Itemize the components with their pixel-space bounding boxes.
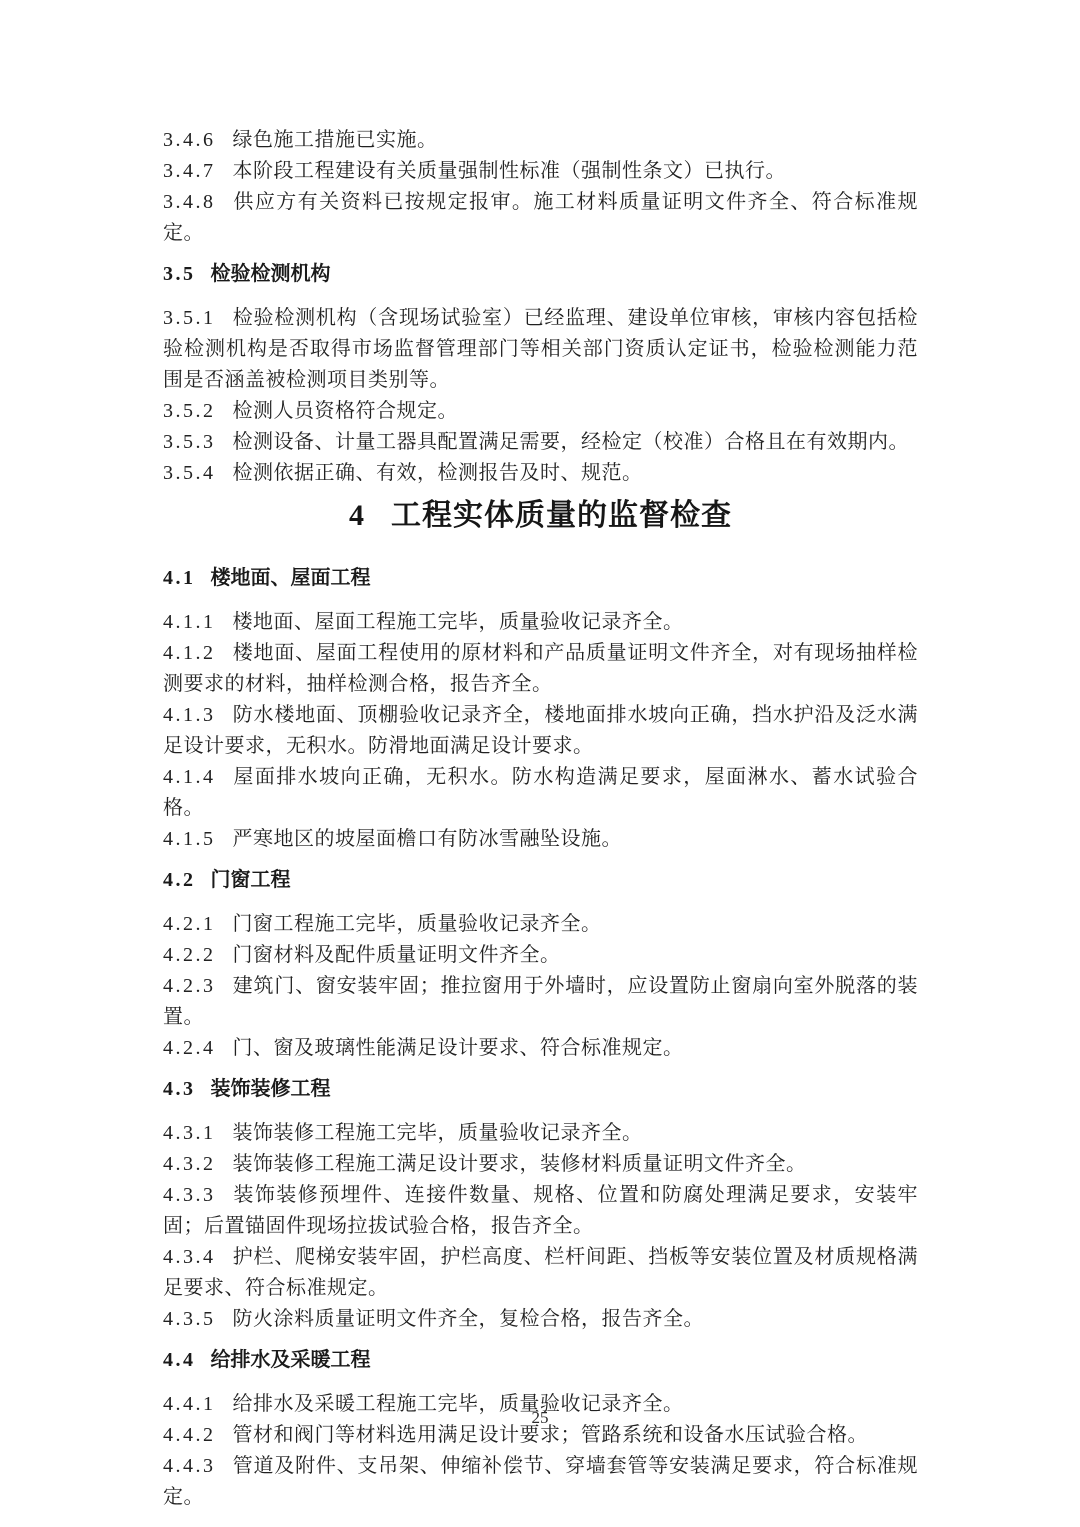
clause-number: 4.2.1: [163, 913, 216, 935]
section-heading-4-4: 4.4给排水及采暖工程: [163, 1343, 918, 1377]
clause-text: 检测设备、计量工器具配置满足需要，经检定（校准）合格且在有效期内。: [233, 431, 910, 453]
section-number: 4.3: [163, 1078, 196, 1100]
clause-number: 4.1.1: [163, 611, 216, 633]
clause-4-4-3: 4.4.3管道及附件、支吊架、伸缩补偿节、穿墙套管等安装满足要求，符合标准规定。: [163, 1451, 918, 1513]
section-number: 3.5: [163, 263, 196, 285]
clause-text: 管道及附件、支吊架、伸缩补偿节、穿墙套管等安装满足要求，符合标准规定。: [163, 1455, 918, 1508]
clause-4-3-3: 4.3.3装饰装修预埋件、连接件数量、规格、位置和防腐处理满足要求，安装牢固；后…: [163, 1180, 918, 1242]
clause-number: 4.3.4: [163, 1246, 216, 1268]
clause-number: 4.3.3: [163, 1184, 216, 1206]
clause-number: 4.3.5: [163, 1308, 216, 1330]
chapter-heading-4: 4工程实体质量的监督检查: [163, 493, 918, 539]
clause-text: 门、窗及玻璃性能满足设计要求、符合标准规定。: [233, 1037, 684, 1059]
clause-text: 检测人员资格符合规定。: [233, 400, 459, 422]
clause-text: 屋面排水坡向正确，无积水。防水构造满足要求，屋面淋水、蓄水试验合格。: [163, 766, 918, 819]
clause-text: 门窗材料及配件质量证明文件齐全。: [233, 944, 561, 966]
clause-3-4-7: 3.4.7本阶段工程建设有关质量强制性标准（强制性条文）已执行。: [163, 156, 918, 187]
clause-text: 防水楼地面、顶棚验收记录齐全，楼地面排水坡向正确，挡水护沿及泛水满足设计要求，无…: [163, 704, 918, 757]
clause-3-5-1: 3.5.1检验检测机构（含现场试验室）已经监理、建设单位审核，审核内容包括检验检…: [163, 303, 918, 396]
clause-number: 4.2.2: [163, 944, 216, 966]
section-number: 4.2: [163, 869, 196, 891]
clause-number: 4.1.2: [163, 642, 216, 664]
clause-number: 4.1.3: [163, 704, 216, 726]
clause-4-1-3: 4.1.3防水楼地面、顶棚验收记录齐全，楼地面排水坡向正确，挡水护沿及泛水满足设…: [163, 700, 918, 762]
clause-text: 防火涂料质量证明文件齐全，复检合格，报告齐全。: [233, 1308, 705, 1330]
section-number: 4.1: [163, 567, 196, 589]
clause-number: 4.3.1: [163, 1122, 216, 1144]
clause-number: 4.1.5: [163, 828, 216, 850]
clause-text: 装饰装修工程施工完毕，质量验收记录齐全。: [233, 1122, 643, 1144]
clause-text: 护栏、爬梯安装牢固，护栏高度、栏杆间距、挡板等安装位置及材质规格满足要求、符合标…: [163, 1246, 918, 1299]
clause-number: 4.3.2: [163, 1153, 216, 1175]
clause-text: 门窗工程施工完毕，质量验收记录齐全。: [233, 913, 602, 935]
clause-text: 建筑门、窗安装牢固；推拉窗用于外墙时，应设置防止窗扇向室外脱落的装置。: [163, 975, 918, 1028]
clause-4-1-4: 4.1.4屋面排水坡向正确，无积水。防水构造满足要求，屋面淋水、蓄水试验合格。: [163, 762, 918, 824]
clause-3-4-6: 3.4.6绿色施工措施已实施。: [163, 125, 918, 156]
clause-text: 检测依据正确、有效，检测报告及时、规范。: [233, 462, 643, 484]
section-heading-3-5: 3.5检验检测机构: [163, 257, 918, 291]
clause-number: 3.5.4: [163, 462, 216, 484]
clause-text: 楼地面、屋面工程施工完毕，质量验收记录齐全。: [233, 611, 684, 633]
clause-number: 4.2.3: [163, 975, 216, 997]
clause-text: 楼地面、屋面工程使用的原材料和产品质量证明文件齐全，对有现场抽样检测要求的材料，…: [163, 642, 918, 695]
clause-number: 4.2.4: [163, 1037, 216, 1059]
section-title: 门窗工程: [211, 869, 291, 891]
clause-text: 严寒地区的坡屋面檐口有防冰雪融坠设施。: [233, 828, 623, 850]
section-heading-4-2: 4.2门窗工程: [163, 863, 918, 897]
section-title: 检验检测机构: [211, 263, 331, 285]
clause-3-4-8: 3.4.8供应方有关资料已按规定报审。施工材料质量证明文件齐全、符合标准规定。: [163, 187, 918, 249]
clause-number: 3.5.3: [163, 431, 216, 453]
clause-3-5-2: 3.5.2检测人员资格符合规定。: [163, 396, 918, 427]
clause-4-3-5: 4.3.5防火涂料质量证明文件齐全，复检合格，报告齐全。: [163, 1304, 918, 1335]
section-heading-4-3: 4.3装饰装修工程: [163, 1072, 918, 1106]
chapter-number: 4: [349, 499, 365, 532]
clause-number: 3.5.1: [163, 307, 216, 329]
section-title: 给排水及采暖工程: [211, 1349, 371, 1371]
clause-3-5-3: 3.5.3检测设备、计量工器具配置满足需要，经检定（校准）合格且在有效期内。: [163, 427, 918, 458]
clause-number: 3.5.2: [163, 400, 216, 422]
clause-text: 检验检测机构（含现场试验室）已经监理、建设单位审核，审核内容包括检验检测机构是否…: [163, 307, 918, 391]
clause-4-3-1: 4.3.1装饰装修工程施工完毕，质量验收记录齐全。: [163, 1118, 918, 1149]
clause-text: 供应方有关资料已按规定报审。施工材料质量证明文件齐全、符合标准规定。: [163, 191, 918, 244]
clause-4-1-2: 4.1.2楼地面、屋面工程使用的原材料和产品质量证明文件齐全，对有现场抽样检测要…: [163, 638, 918, 700]
section-heading-4-1: 4.1楼地面、屋面工程: [163, 561, 918, 595]
clause-number: 4.1.4: [163, 766, 216, 788]
clause-4-1-1: 4.1.1楼地面、屋面工程施工完毕，质量验收记录齐全。: [163, 607, 918, 638]
clause-4-3-2: 4.3.2装饰装修工程施工满足设计要求，装修材料质量证明文件齐全。: [163, 1149, 918, 1180]
clause-4-2-1: 4.2.1门窗工程施工完毕，质量验收记录齐全。: [163, 909, 918, 940]
clause-4-2-4: 4.2.4门、窗及玻璃性能满足设计要求、符合标准规定。: [163, 1033, 918, 1064]
clause-4-2-2: 4.2.2门窗材料及配件质量证明文件齐全。: [163, 940, 918, 971]
document-page: 3.4.6绿色施工措施已实施。 3.4.7本阶段工程建设有关质量强制性标准（强制…: [0, 0, 1080, 1527]
clause-text: 装饰装修工程施工满足设计要求，装修材料质量证明文件齐全。: [233, 1153, 807, 1175]
section-number: 4.4: [163, 1349, 196, 1371]
clause-3-5-4: 3.5.4检测依据正确、有效，检测报告及时、规范。: [163, 458, 918, 489]
section-title: 楼地面、屋面工程: [211, 567, 371, 589]
clause-text: 装饰装修预埋件、连接件数量、规格、位置和防腐处理满足要求，安装牢固；后置锚固件现…: [163, 1184, 918, 1237]
clause-number: 3.4.7: [163, 160, 216, 182]
chapter-title: 工程实体质量的监督检查: [391, 499, 732, 532]
clause-4-2-3: 4.2.3建筑门、窗安装牢固；推拉窗用于外墙时，应设置防止窗扇向室外脱落的装置。: [163, 971, 918, 1033]
clause-4-3-4: 4.3.4护栏、爬梯安装牢固，护栏高度、栏杆间距、挡板等安装位置及材质规格满足要…: [163, 1242, 918, 1304]
clause-text: 本阶段工程建设有关质量强制性标准（强制性条文）已执行。: [233, 160, 787, 182]
clause-number: 3.4.6: [163, 129, 216, 151]
clause-4-1-5: 4.1.5严寒地区的坡屋面檐口有防冰雪融坠设施。: [163, 824, 918, 855]
clause-number: 4.4.3: [163, 1455, 216, 1477]
clause-text: 绿色施工措施已实施。: [233, 129, 438, 151]
clause-number: 3.4.8: [163, 191, 216, 213]
section-title: 装饰装修工程: [211, 1078, 331, 1100]
page-number: 25: [0, 1408, 1080, 1428]
